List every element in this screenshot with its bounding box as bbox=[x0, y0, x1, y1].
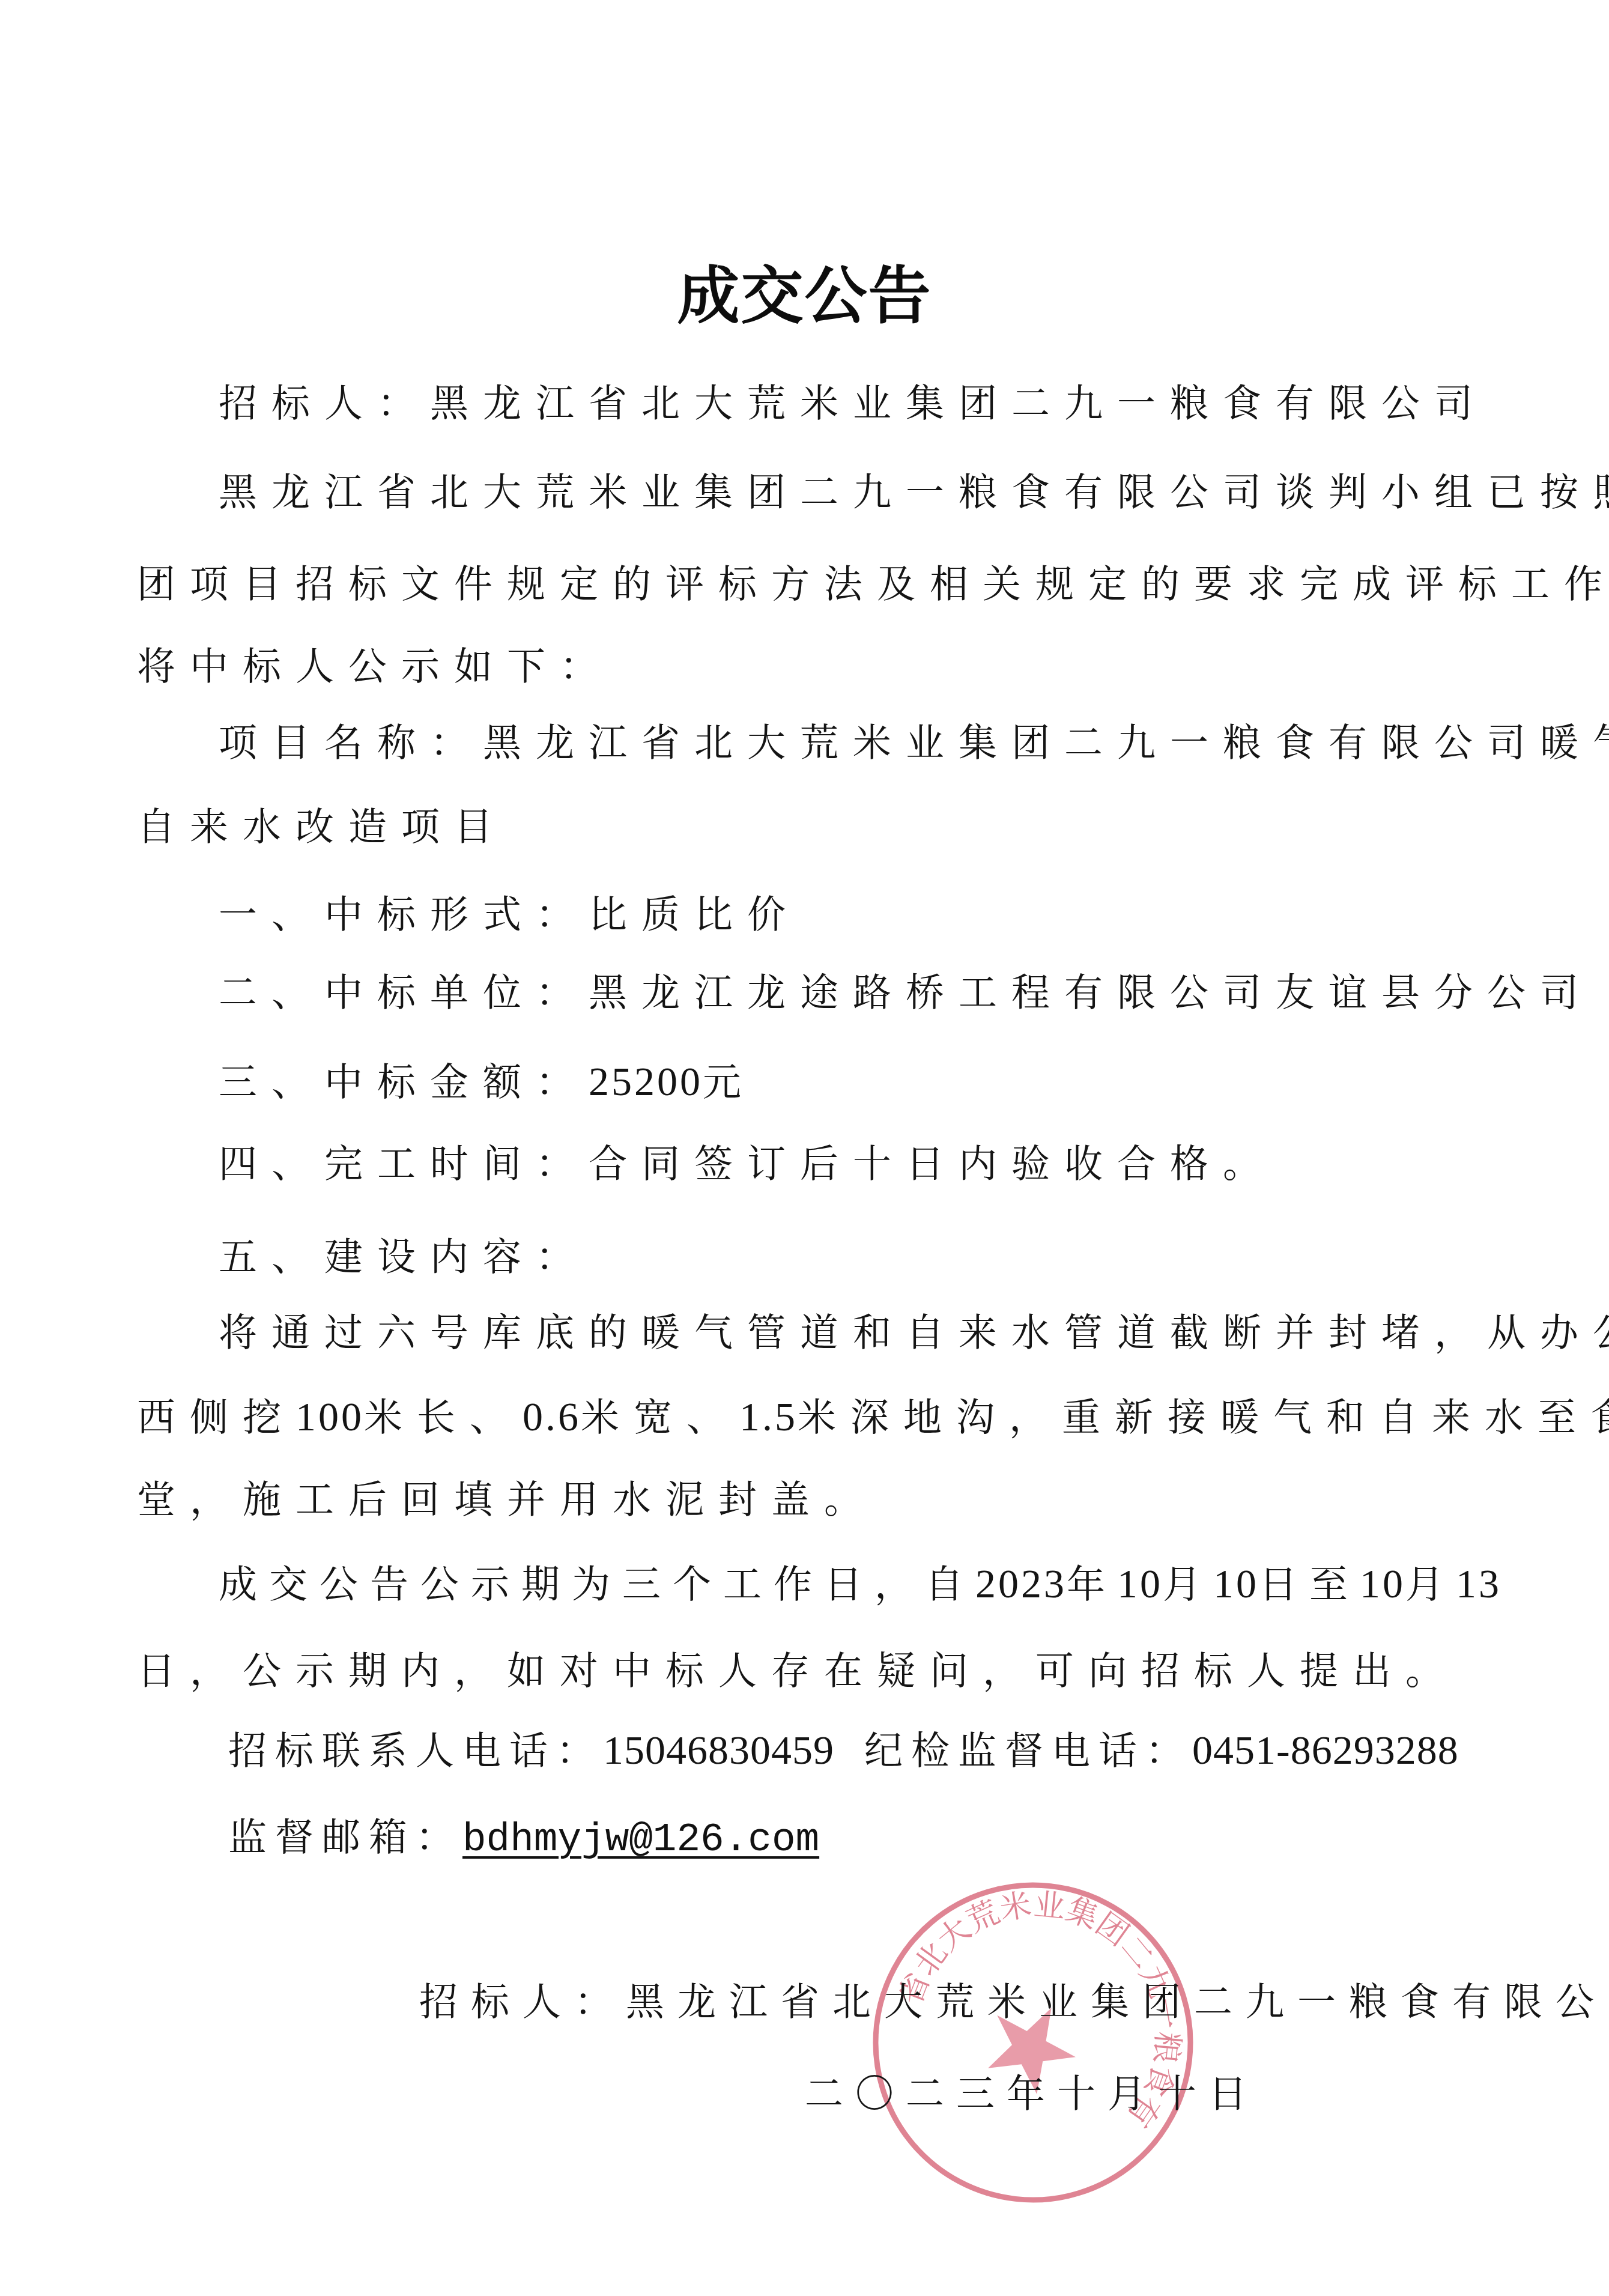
item-bid-form: 一、中标形式：比质比价 bbox=[219, 891, 800, 939]
project-name-line-1: 项目名称：黑龙江省北大荒米业集团二九一粮食有限公司暖气和 bbox=[219, 719, 1609, 767]
trench-depth: 1.5 bbox=[739, 1394, 798, 1439]
tender-phone-label: 招标联系人电话： bbox=[228, 1729, 603, 1773]
amount-value: 25200 bbox=[589, 1058, 703, 1104]
company-seal: 黑龙江省北大荒米业集团二九一粮食有限公司 bbox=[865, 1874, 1201, 2211]
text: 米长、 bbox=[364, 1396, 523, 1440]
document-page: 成交公告 招标人：黑龙江省北大荒米业集团二九一粮食有限公司 黑龙江省北大荒米业集… bbox=[0, 0, 1609, 2296]
intro-line-1: 黑龙江省北大荒米业集团二九一粮食有限公司谈判小组已按照集 bbox=[219, 469, 1609, 517]
item-winning-unit: 二、中标单位：黑龙江龙途路桥工程有限公司友谊县分公司 bbox=[219, 969, 1593, 1017]
item-label: 五、建设内容： bbox=[219, 1235, 589, 1280]
item-label: 三、中标金额： bbox=[219, 1060, 589, 1105]
trench-length: 100 bbox=[295, 1394, 364, 1439]
text: 日至 bbox=[1259, 1563, 1360, 1607]
construction-line-2: 西侧挖100米长、0.6米宽、1.5米深地沟，重新接暖气和自来水至食 bbox=[137, 1392, 1609, 1442]
text: 年 bbox=[1067, 1563, 1117, 1607]
item-value: 黑龙江龙途路桥工程有限公司友谊县分公司 bbox=[589, 971, 1593, 1015]
construction-line-1: 将通过六号库底的暖气管道和自来水管道截断并封堵，从办公楼 bbox=[219, 1309, 1609, 1357]
item-value: 比质比价 bbox=[589, 893, 800, 937]
end-month: 10 bbox=[1360, 1561, 1405, 1606]
text: 月 bbox=[1405, 1563, 1456, 1607]
text: 月 bbox=[1163, 1563, 1213, 1607]
construction-line-3: 堂，施工后回填并用水泥封盖。 bbox=[137, 1476, 877, 1524]
text: 米深地沟，重新接暖气和自来水至食 bbox=[798, 1396, 1609, 1440]
year: 2023 bbox=[975, 1561, 1067, 1606]
item-label: 一、中标形式： bbox=[219, 893, 589, 937]
item-completion-time: 四、完工时间：合同签订后十日内验收合格。 bbox=[219, 1140, 1276, 1188]
item-winning-amount: 三、中标金额：25200元 bbox=[219, 1057, 756, 1107]
text: 西侧挖 bbox=[137, 1396, 295, 1440]
page-title: 成交公告 bbox=[0, 255, 1609, 337]
project-name-line-2: 自来水改造项目 bbox=[137, 803, 507, 851]
supervision-phone-label: 纪检监督电话： bbox=[864, 1729, 1192, 1773]
item-label: 二、中标单位： bbox=[219, 971, 589, 1015]
email-link[interactable]: bdhmyjw@126.com bbox=[462, 1817, 819, 1862]
intro-line-3: 将中标人公示如下： bbox=[137, 643, 613, 691]
signature-tenderer: 招标人：黑龙江省北大荒米业集团二九一粮食有限公司 bbox=[419, 1978, 1609, 2026]
seal-stamp-icon: 黑龙江省北大荒米业集团二九一粮食有限公司 bbox=[865, 1874, 1201, 2211]
publicity-line-1: 成交公告公示期为三个工作日，自2023年10月10日至10月13 bbox=[219, 1560, 1501, 1609]
tender-phone: 15046830459 bbox=[603, 1727, 834, 1773]
text: 米宽、 bbox=[581, 1396, 739, 1440]
tenderer-line: 招标人：黑龙江省北大荒米业集团二九一粮食有限公司 bbox=[219, 380, 1487, 428]
trench-width: 0.6 bbox=[523, 1394, 581, 1439]
supervision-email-line: 监督邮箱：bdhmyjw@126.com bbox=[228, 1814, 819, 1864]
intro-line-2: 团项目招标文件规定的评标方法及相关规定的要求完成评标工作，现 bbox=[137, 560, 1609, 609]
text: 成交公告公示期为三个工作日，自 bbox=[219, 1563, 975, 1607]
supervision-phone: 0451-86293288 bbox=[1192, 1727, 1459, 1773]
item-label: 四、完工时间： bbox=[219, 1142, 589, 1186]
end-day: 13 bbox=[1456, 1561, 1501, 1606]
amount-unit: 元 bbox=[703, 1060, 756, 1105]
signature-date: 二〇二三年十月十日 bbox=[805, 2070, 1259, 2118]
email-label: 监督邮箱： bbox=[228, 1815, 462, 1860]
item-construction-content: 五、建设内容： bbox=[219, 1233, 589, 1281]
publicity-line-2: 日，公示期内，如对中标人存在疑问，可向招标人提出。 bbox=[137, 1647, 1458, 1695]
start-month: 10 bbox=[1117, 1561, 1163, 1606]
start-day: 10 bbox=[1213, 1561, 1259, 1606]
item-value: 合同签订后十日内验收合格。 bbox=[589, 1142, 1276, 1186]
contact-phones: 招标联系人电话：15046830459纪检监督电话：0451-86293288 bbox=[228, 1726, 1459, 1775]
